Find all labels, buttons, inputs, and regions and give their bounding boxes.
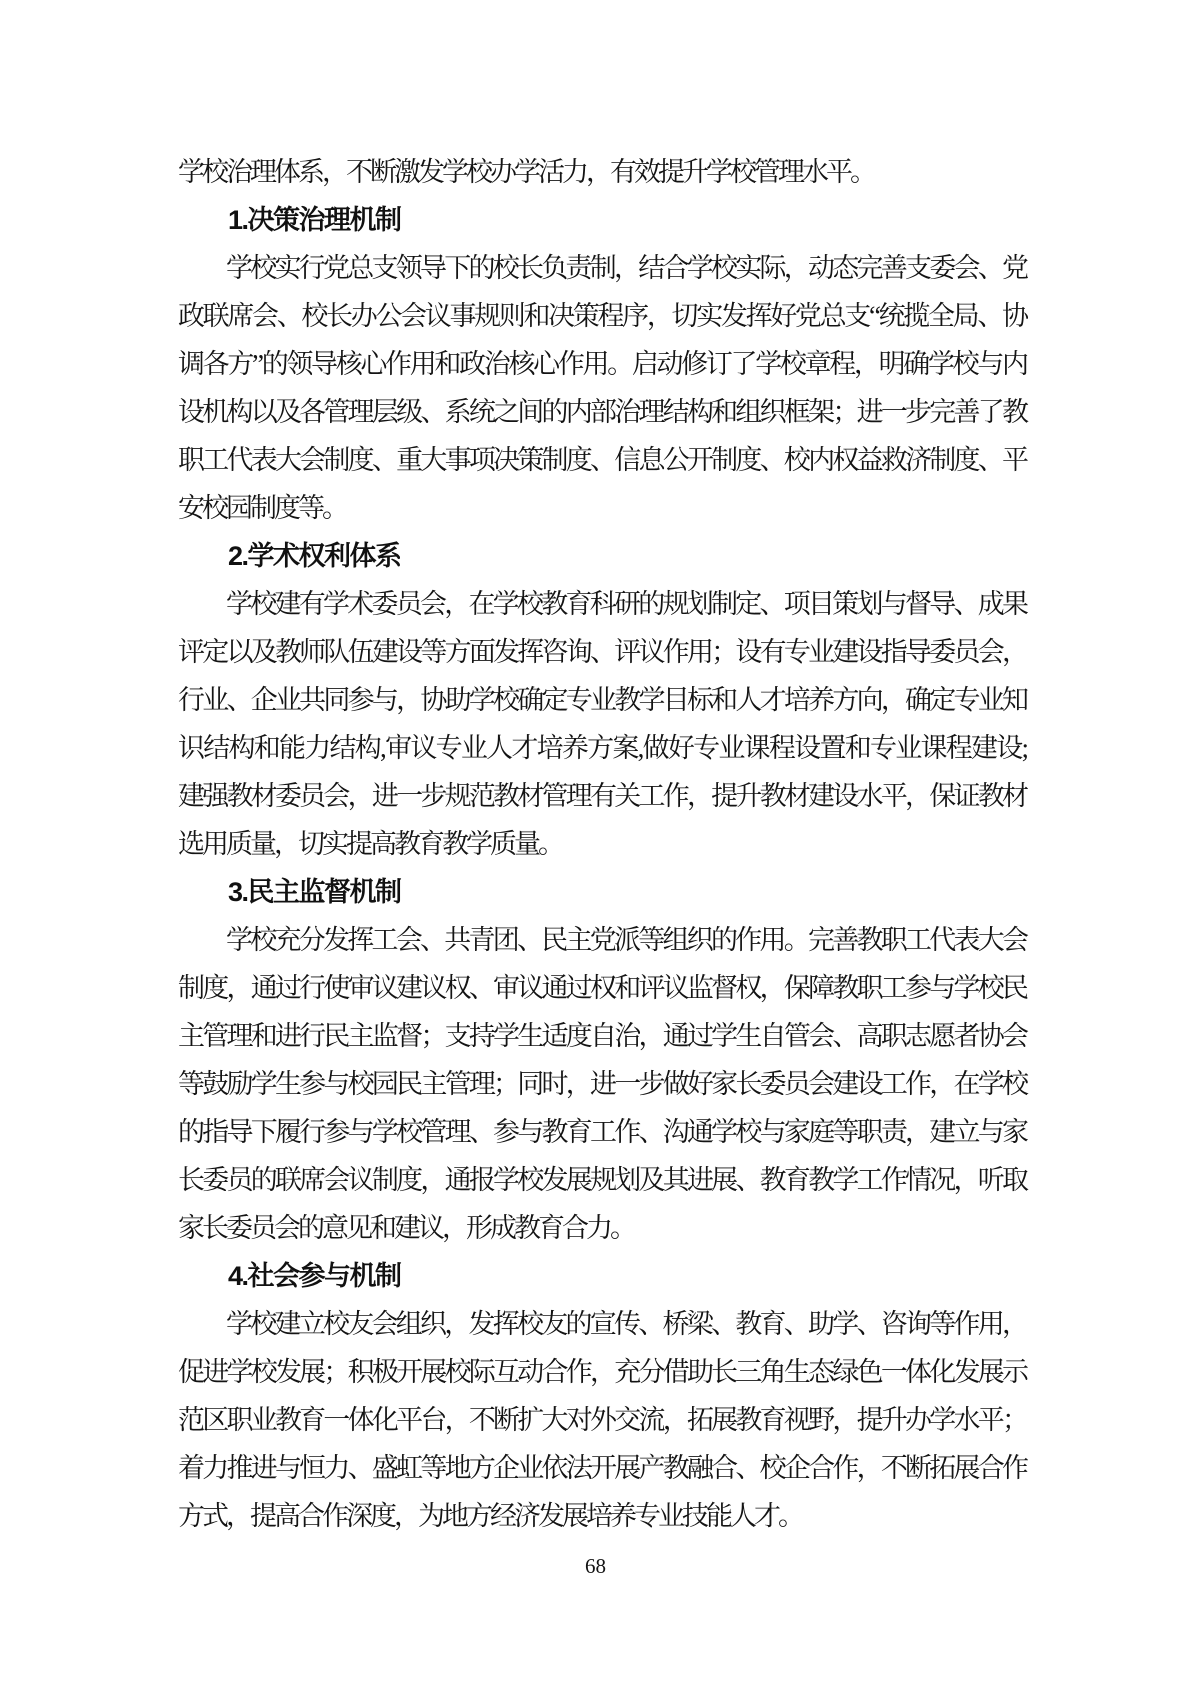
- text-line: 行业、企业共同参与，协助学校确定专业教学目标和人才培养方向，确定专业知: [178, 676, 1026, 724]
- text-line: 评定以及教师队伍建设等方面发挥咨询、评议作用；设有专业建设指导委员会，: [178, 628, 1026, 676]
- text-line: 选用质量，切实提高教育教学质量。: [178, 820, 1026, 868]
- section-heading: 2.学术权利体系: [178, 532, 1026, 580]
- text-line: 制度，通过行使审议建议权、审议通过权和评议监督权，保障教职工参与学校民: [178, 964, 1026, 1012]
- text-line: 的指导下履行参与学校管理、参与教育工作、沟通学校与家庭等职责，建立与家: [178, 1108, 1026, 1156]
- page-number: 68: [0, 1554, 1191, 1579]
- text-line: 学校充分发挥工会、共青团、民主党派等组织的作用。完善教职工代表大会: [178, 916, 1026, 964]
- text-line: 范区职业教育一体化平台，不断扩大对外交流，拓展教育视野，提升办学水平；: [178, 1396, 1026, 1444]
- text-line: 识结构和能力结构,审议专业人才培养方案,做好专业课程设置和专业课程建设;: [178, 724, 1026, 772]
- text-line: 等鼓励学生参与校园民主管理；同时，进一步做好家长委员会建设工作，在学校: [178, 1060, 1026, 1108]
- section-heading: 1.决策治理机制: [178, 196, 1026, 244]
- text-line: 建强教材委员会，进一步规范教材管理有关工作，提升教材建设水平，保证教材: [178, 772, 1026, 820]
- text-line: 长委员的联席会议制度，通报学校发展规划及其进展、教育教学工作情况，听取: [178, 1156, 1026, 1204]
- document-page: 学校治理体系，不断激发学校办学活力，有效提升学校管理水平。 1.决策治理机制 学…: [0, 0, 1191, 1684]
- text-line: 学校建有学术委员会，在学校教育科研的规划制定、项目策划与督导、成果: [178, 580, 1026, 628]
- text-line: 设机构以及各管理层级、系统之间的内部治理结构和组织框架；进一步完善了教: [178, 388, 1026, 436]
- text-line: 家长委员会的意见和建议，形成教育合力。: [178, 1204, 1026, 1252]
- text-line: 学校实行党总支领导下的校长负责制，结合学校实际，动态完善支委会、党: [178, 244, 1026, 292]
- text-line: 促进学校发展；积极开展校际互动合作，充分借助长三角生态绿色一体化发展示: [178, 1348, 1026, 1396]
- text-line: 学校建立校友会组织，发挥校友的宣传、桥梁、教育、助学、咨询等作用，: [178, 1300, 1026, 1348]
- text-line: 主管理和进行民主监督；支持学生适度自治，通过学生自管会、高职志愿者协会: [178, 1012, 1026, 1060]
- text-line: 方式，提高合作深度，为地方经济发展培养专业技能人才。: [178, 1492, 1026, 1540]
- document-content: 学校治理体系，不断激发学校办学活力，有效提升学校管理水平。 1.决策治理机制 学…: [178, 148, 1026, 1540]
- text-line: 着力推进与恒力、盛虹等地方企业依法开展产教融合、校企合作，不断拓展合作: [178, 1444, 1026, 1492]
- section-heading: 3.民主监督机制: [178, 868, 1026, 916]
- text-line: 学校治理体系，不断激发学校办学活力，有效提升学校管理水平。: [178, 148, 1026, 196]
- text-line: 调各方”的领导核心作用和政治核心作用。启动修订了学校章程，明确学校与内: [178, 340, 1026, 388]
- section-heading: 4.社会参与机制: [178, 1252, 1026, 1300]
- text-line: 安校园制度等。: [178, 484, 1026, 532]
- text-line: 职工代表大会制度、重大事项决策制度、信息公开制度、校内权益救济制度、平: [178, 436, 1026, 484]
- text-line: 政联席会、校长办公会议事规则和决策程序，切实发挥好党总支“统揽全局、协: [178, 292, 1026, 340]
